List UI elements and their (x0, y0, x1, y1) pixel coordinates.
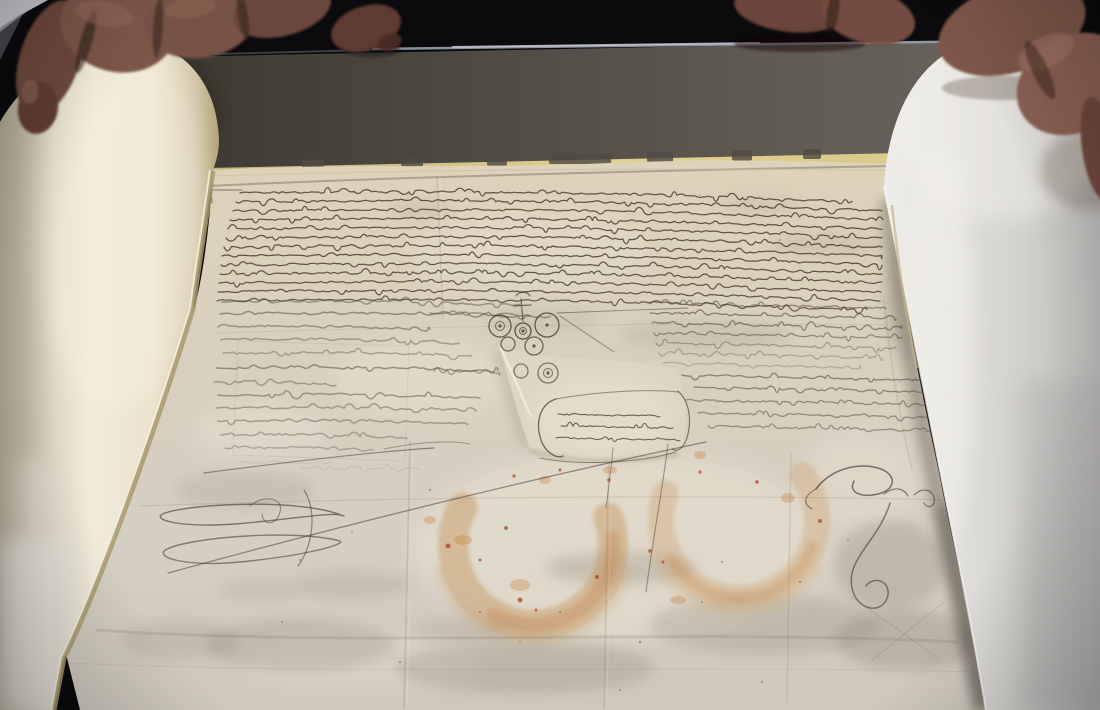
photo-vignette (0, 0, 1100, 710)
scene-svg: Photograph: person holding open an archi… (0, 0, 1100, 710)
photo-archive-box-manuscript: Photograph: person holding open an archi… (0, 0, 1100, 710)
